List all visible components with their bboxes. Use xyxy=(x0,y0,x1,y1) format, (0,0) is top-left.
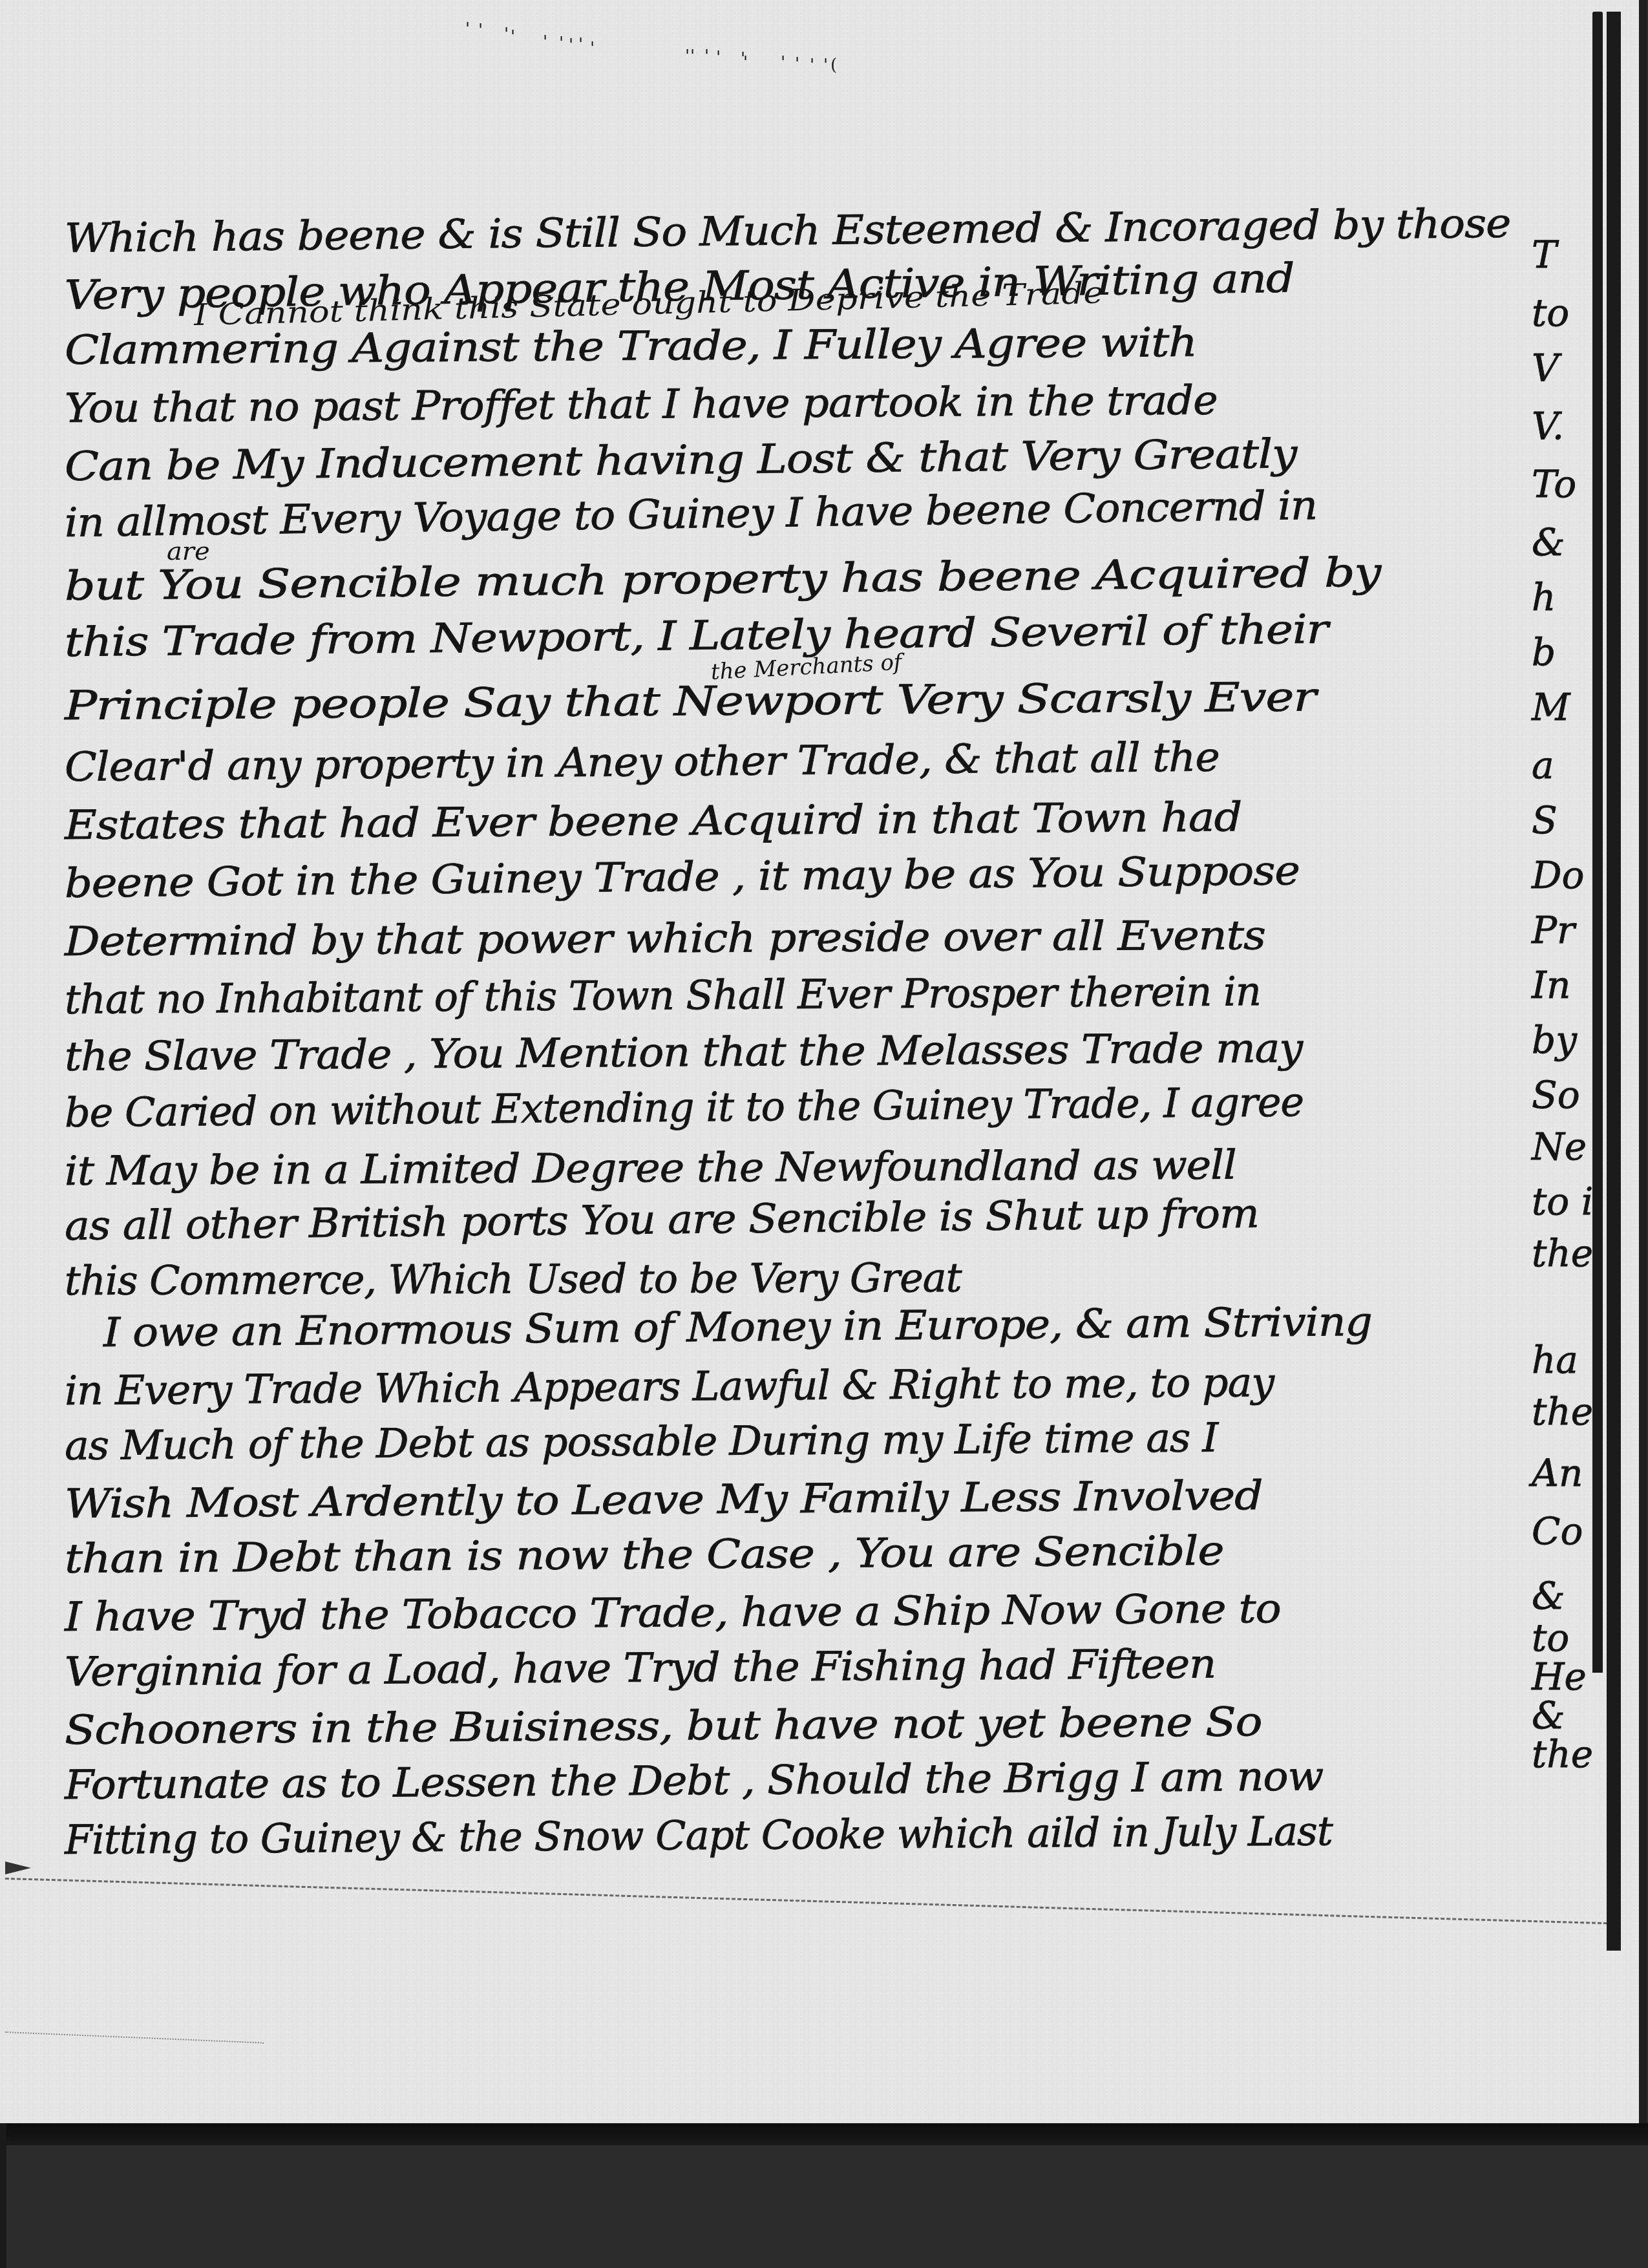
manuscript-line: Estates that had Ever beene Acquird in t… xyxy=(65,793,1242,849)
manuscript-line: Fitting to Guiney & the Snow Capt Cooke … xyxy=(65,1807,1333,1863)
manuscript-line: in allmost Every Voyage to Guiney I have… xyxy=(64,482,1317,546)
margin-fragment: An xyxy=(1532,1451,1583,1495)
margin-fragment: the xyxy=(1532,1732,1593,1776)
margin-fragment: the xyxy=(1532,1231,1593,1275)
margin-fragment: V xyxy=(1532,346,1559,390)
margin-fragment: T xyxy=(1532,233,1557,277)
page-bottom-edge xyxy=(0,2123,1648,2145)
margin-fragment: a xyxy=(1532,743,1554,787)
manuscript-line: Determind by that power which preside ov… xyxy=(65,911,1265,965)
scan-left-edge xyxy=(0,2123,6,2268)
manuscript-line: I owe an Enormous Sum of Money in Europe… xyxy=(103,1298,1372,1356)
margin-fragment: Ne xyxy=(1532,1125,1587,1169)
margin-fragment: To xyxy=(1532,462,1576,506)
manuscript-line: but You Sencible much property has beene… xyxy=(65,549,1381,609)
manuscript-line: Wish Most Ardently to Leave My Family Le… xyxy=(65,1472,1263,1527)
manuscript-line: Which has beene & is Still So Much Estee… xyxy=(65,200,1511,262)
manuscript-line: be Caried on without Extending it to the… xyxy=(65,1078,1304,1136)
margin-fragment: Pr xyxy=(1532,908,1575,952)
margin-fragment: In xyxy=(1532,963,1570,1007)
binding-edge-bar xyxy=(1592,12,1603,1673)
manuscript-line: it May be in a Limited Degree the Newfou… xyxy=(65,1141,1236,1194)
manuscript-line: Can be My Inducement having Lost & that … xyxy=(65,430,1297,490)
manuscript-page: ' ' ' ' ' ' ' ' ' ' ' ' ' ' ' ' ' ' ' ( … xyxy=(0,0,1647,2123)
margin-fragment: M xyxy=(1532,685,1570,729)
margin-fragment: the xyxy=(1532,1390,1593,1434)
manuscript-line: I have Tryd the Tobacco Trade, have a Sh… xyxy=(65,1585,1281,1640)
margin-fragment: b xyxy=(1532,630,1556,674)
manuscript-line: in Every Trade Which Appears Lawful & Ri… xyxy=(65,1359,1274,1414)
binding-edge-bar xyxy=(1607,12,1621,1951)
manuscript-line: You that no past Proffet that I have par… xyxy=(65,377,1218,432)
manuscript-line: Schooners in the Buisiness, but have not… xyxy=(65,1698,1262,1754)
manuscript-line: as Much of the Debt as possable During m… xyxy=(65,1414,1218,1469)
margin-fragment: S xyxy=(1532,798,1558,842)
margin-fragment: h xyxy=(1532,575,1556,619)
margin-fragment: & xyxy=(1532,1693,1565,1737)
margin-fragment: & xyxy=(1532,1574,1565,1618)
manuscript-line: as all other British ports You are Senci… xyxy=(65,1190,1259,1249)
manuscript-line: Clammering Against the Trade, I Fulley A… xyxy=(65,319,1197,374)
margin-fragment: ha xyxy=(1532,1338,1578,1382)
manuscript-line: Fortunate as to Lessen the Debt , Should… xyxy=(65,1752,1324,1808)
manuscript-line: the Slave Trade , You Mention that the M… xyxy=(65,1024,1303,1080)
margin-fragment: to xyxy=(1532,291,1569,335)
margin-fragment: Do xyxy=(1532,853,1584,897)
margin-fragment: V. xyxy=(1532,404,1564,448)
letter-body: Which has beene & is Still So Much Estee… xyxy=(65,0,1512,1939)
manuscript-line: beene Got in the Guiney Trade , it may b… xyxy=(65,847,1300,907)
manuscript-line: Principle people Say that Newport Very S… xyxy=(65,673,1316,729)
margin-fragment: Co xyxy=(1532,1509,1583,1553)
manuscript-line: that no Inhabitant of this Town Shall Ev… xyxy=(65,968,1261,1023)
manuscript-line: this Commerce, Which Used to be Very Gre… xyxy=(65,1254,962,1304)
bottom-dotted-rule xyxy=(5,2031,264,2044)
margin-fragment: So xyxy=(1532,1073,1580,1117)
corner-ink-mark xyxy=(5,1861,31,1874)
page-edge-shadow xyxy=(1639,0,1647,2123)
margin-fragment: by xyxy=(1532,1018,1577,1062)
margin-fragment: to i xyxy=(1532,1180,1593,1224)
manuscript-line: this Trade from Newport, I Lately heard … xyxy=(65,606,1328,666)
right-margin-fragments: T to V V. To & h b M a S Do Pr In by So … xyxy=(1532,233,1590,1978)
margin-fragment: to xyxy=(1532,1616,1569,1660)
manuscript-line: Verginnia for a Load, have Tryd the Fish… xyxy=(65,1640,1216,1695)
manuscript-line: Clear'd any property in Aney other Trade… xyxy=(65,733,1220,790)
margin-fragment: He xyxy=(1532,1655,1587,1699)
margin-fragment: & xyxy=(1532,520,1565,564)
manuscript-line: than in Debt than is now the Case , You … xyxy=(65,1527,1224,1582)
